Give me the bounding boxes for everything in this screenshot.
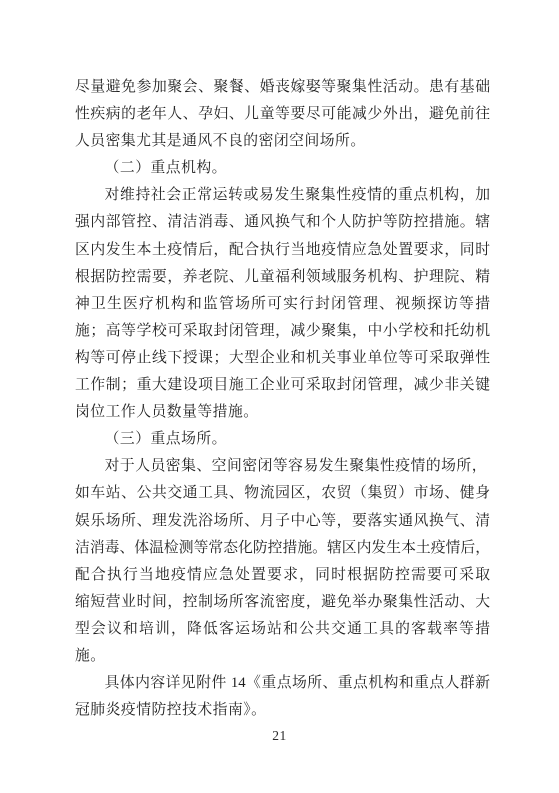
text-line: 洁消毒、体温检测等常态化防控措施。辖区内发生本土疫情后， (75, 535, 490, 562)
document-body: 尽量避免参加聚会、聚餐、婚丧嫁娶等聚集性活动。患有基础 性疾病的老年人、孕妇、儿… (75, 74, 490, 724)
section-heading-2: （二）重点机构。 (75, 155, 490, 182)
text-line: 工作制；重大建设项目施工企业可采取封闭管理，减少非关键 (75, 372, 490, 399)
text-line: 对于人员密集、空间密闭等容易发生聚集性疫情的场所， (75, 453, 490, 480)
text-line: 尽量避免参加聚会、聚餐、婚丧嫁娶等聚集性活动。患有基础 (75, 74, 490, 101)
text-line: 娱乐场所、理发洗浴场所、月子中心等，要落实通风换气、清 (75, 508, 490, 535)
text-line: 冠肺炎疫情防控技术指南》。 (75, 697, 490, 724)
text-line: 岗位工作人员数量等措施。 (75, 399, 490, 426)
section-heading-3: （三）重点场所。 (75, 426, 490, 453)
text-line: 型会议和培训，降低客运场站和公共交通工具的客载率等措 (75, 616, 490, 643)
text-line: 对维持社会正常运转或易发生聚集性疫情的重点机构，加 (75, 182, 490, 209)
text-line: 施；高等学校可采取封闭管理，减少聚集，中小学校和托幼机 (75, 318, 490, 345)
page-number: 21 (0, 728, 559, 744)
text-line: 根据防控需要，养老院、儿童福利领域服务机构、护理院、精 (75, 264, 490, 291)
text-line: 配合执行当地疫情应急处置要求，同时根据防控需要可采取 (75, 562, 490, 589)
text-line: 人员密集尤其是通风不良的密闭空间场所。 (75, 128, 490, 155)
text-line: 区内发生本土疫情后，配合执行当地疫情应急处置要求，同时 (75, 237, 490, 264)
text-line: 缩短营业时间，控制场所客流密度，避免举办聚集性活动、大 (75, 589, 490, 616)
text-line: 如车站、公共交通工具、物流园区，农贸（集贸）市场、健身 (75, 480, 490, 507)
text-line: 施。 (75, 643, 490, 670)
text-line: 构等可停止线下授课；大型企业和机关事业单位等可采取弹性 (75, 345, 490, 372)
text-line: 具体内容详见附件 14《重点场所、重点机构和重点人群新 (75, 670, 490, 697)
text-line: 强内部管控、清洁消毒、通风换气和个人防护等防控措施。辖 (75, 209, 490, 236)
text-line: 性疾病的老年人、孕妇、儿童等要尽可能减少外出，避免前往 (75, 101, 490, 128)
document-page: 尽量避免参加聚会、聚餐、婚丧嫁娶等聚集性活动。患有基础 性疾病的老年人、孕妇、儿… (0, 0, 559, 793)
text-line: 神卫生医疗机构和监管场所可实行封闭管理、视频探访等措 (75, 291, 490, 318)
